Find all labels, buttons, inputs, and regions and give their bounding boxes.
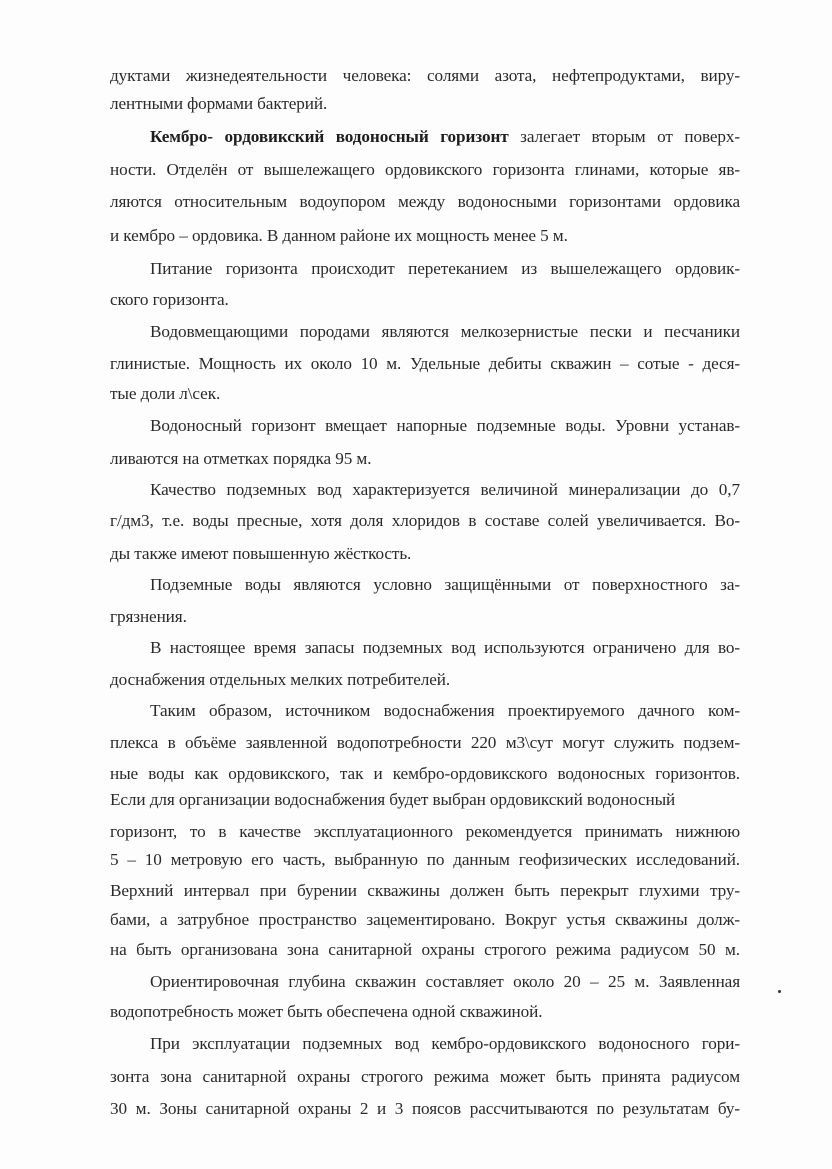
section-heading: Кембро- ордовикский водоносный горизонт: [150, 127, 509, 146]
text-line: 5 – 10 метровую его часть, выбранную по …: [110, 850, 740, 870]
text-line: Водовмещающими породами являются мелкозе…: [150, 322, 740, 342]
text-line: В настоящее время запасы подземных вод и…: [150, 638, 740, 658]
text-fragment: залегает вторым от поверх-: [509, 127, 740, 146]
text-line: горизонт, то в качестве эксплуатационног…: [110, 822, 740, 842]
text-line: Ориентировочная глубина скважин составля…: [150, 972, 740, 992]
text-line: и кембро – ордовика. В данном районе их …: [110, 226, 740, 246]
text-line: Таким образом, источником водоснабжения …: [150, 701, 740, 721]
text-line: 30 м. Зоны санитарной охраны 2 и 3 поясо…: [110, 1099, 740, 1119]
text-line: ные воды как ордовикского, так и кембро-…: [110, 764, 740, 784]
text-line: водопотребность может быть обеспечена од…: [110, 1002, 740, 1022]
text-line: Верхний интервал при бурении скважины до…: [110, 881, 740, 901]
text-line: тые доли л\сек.: [110, 384, 740, 404]
scan-speck: [778, 990, 781, 993]
text-line: ского горизонта.: [110, 290, 740, 310]
text-line: ляются относительным водоупором между во…: [110, 192, 740, 212]
text-line: на быть организована зона санитарной охр…: [110, 940, 740, 960]
text-line: грязнения.: [110, 607, 740, 627]
text-line: Водоносный горизонт вмещает напорные под…: [150, 416, 740, 436]
text-line: плекса в объёме заявленной водопотребнос…: [110, 733, 740, 753]
text-line: лентными формами бактерий.: [110, 94, 740, 114]
text-line: ливаются на отметках порядка 95 м.: [110, 449, 740, 469]
text-line: г/дм3, т.е. воды пресные, хотя доля хлор…: [110, 511, 740, 531]
text-line: доснабжения отдельных мелких потребителе…: [110, 670, 740, 690]
text-line: Если для организации водоснабжения будет…: [110, 790, 740, 810]
text-line: При эксплуатации подземных вод кембро-ор…: [150, 1034, 740, 1054]
text-line: дуктами жизнедеятельности человека: соля…: [110, 66, 740, 86]
text-line: ды также имеют повышенную жёсткость.: [110, 544, 740, 564]
text-line: Подземные воды являются условно защищённ…: [150, 575, 740, 595]
text-line: зонта зона санитарной охраны строгого ре…: [110, 1067, 740, 1087]
scanned-page: дуктами жизнедеятельности человека: соля…: [0, 0, 832, 1169]
text-line: Качество подземных вод характеризуется в…: [150, 480, 740, 500]
text-line: ности. Отделён от вышележащего ордовикск…: [110, 160, 740, 180]
section-heading-line: Кембро- ордовикский водоносный горизонт …: [150, 127, 740, 147]
text-line: Питание горизонта происходит перетекание…: [150, 259, 740, 279]
text-line: глинистые. Мощность их около 10 м. Удель…: [110, 354, 740, 374]
text-line: бами, а затрубное пространство зацементи…: [110, 910, 740, 930]
